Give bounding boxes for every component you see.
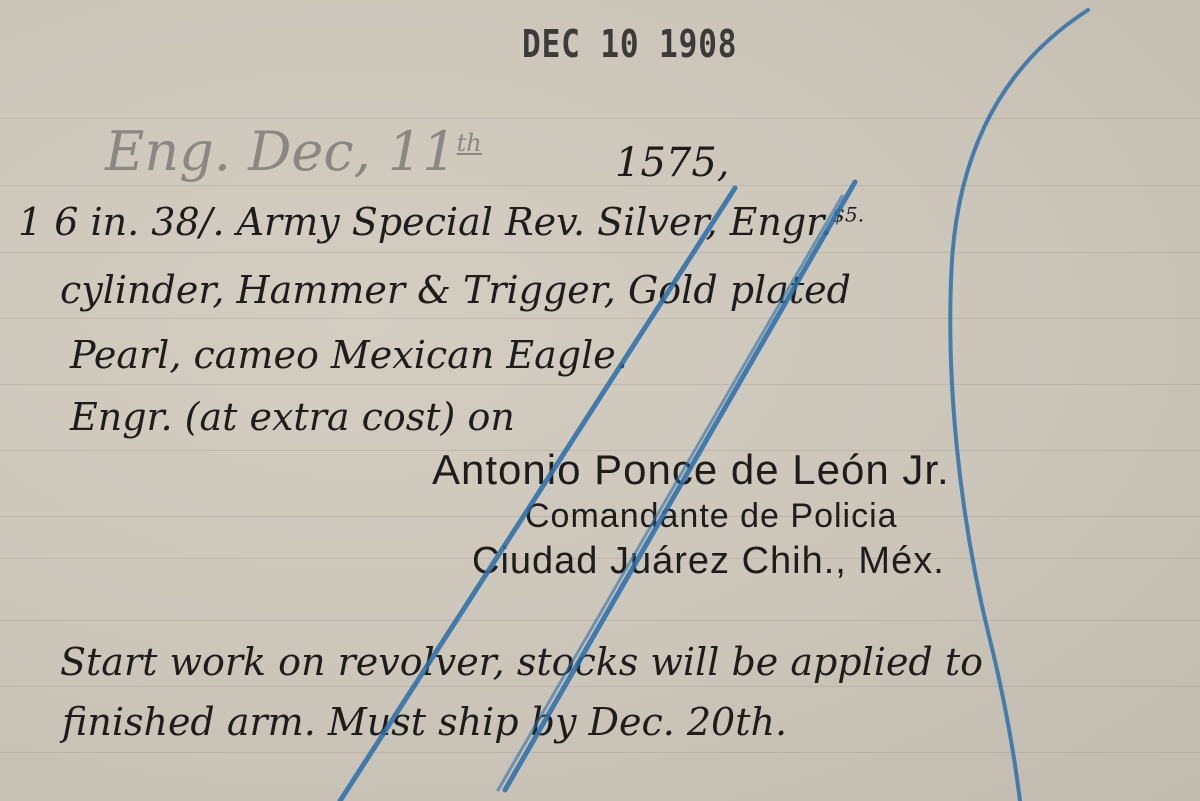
ruled-line: [0, 620, 1200, 621]
order-number: 1575,: [615, 140, 730, 186]
date-stamp: DEC 10 1908: [522, 22, 737, 66]
ruled-line: [0, 752, 1200, 753]
ruled-line: [0, 384, 1200, 385]
entry-line-1-text: 1 6 in. 38/. Army Special Rev. Silver, E…: [18, 200, 832, 244]
ruled-line: [0, 318, 1200, 319]
ledger-page: DEC 10 1908 Eng. Dec, 11th 1575, 1 6 in.…: [0, 0, 1200, 801]
note-line-1: Start work on revolver, stocks will be a…: [60, 640, 983, 684]
entry-line-2: cylinder, Hammer & Trigger, Gold plated: [60, 268, 851, 312]
ruled-line: [0, 185, 1200, 186]
ruled-line: [0, 252, 1200, 253]
entry-line-3: Pearl, cameo Mexican Eagle.: [70, 333, 628, 377]
engraving-name: Antonio Ponce de León Jr.: [432, 446, 950, 494]
note-line-2: finished arm. Must ship by Dec. 20th.: [62, 700, 787, 744]
pencil-heading: Eng. Dec, 11th: [105, 120, 482, 183]
heading-text: Eng. Dec, 11: [105, 120, 457, 183]
ruled-line: [0, 686, 1200, 687]
heading-suffix: th: [457, 129, 482, 157]
entry-line-1: 1 6 in. 38/. Army Special Rev. Silver, E…: [18, 200, 864, 244]
engraving-title: Comandante de Policia: [525, 497, 898, 536]
ruled-line: [0, 118, 1200, 119]
engraving-location: Ciudad Juárez Chih., Méx.: [472, 540, 945, 583]
price-superscript: $5.: [832, 202, 864, 226]
entry-line-4: Engr. (at extra cost) on: [70, 395, 515, 439]
